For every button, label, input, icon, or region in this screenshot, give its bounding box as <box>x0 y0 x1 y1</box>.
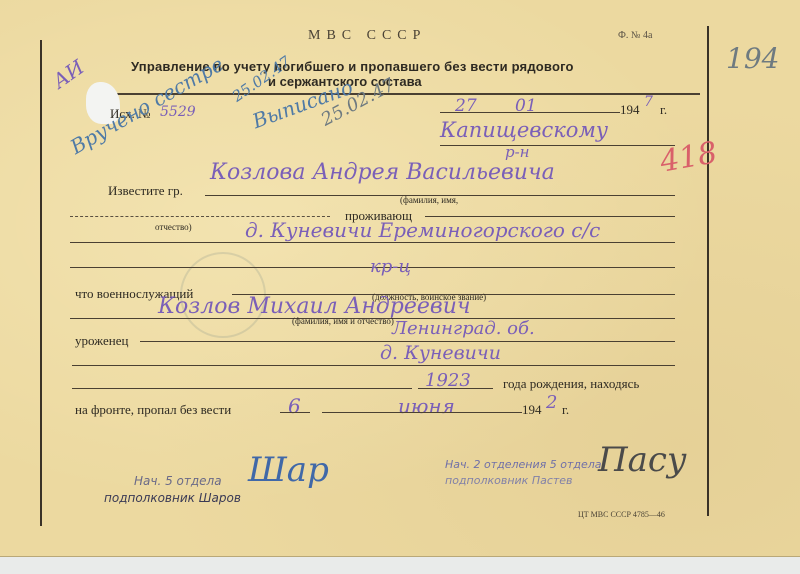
red-number: 418 <box>657 135 719 179</box>
missing-day: 6 <box>288 394 301 418</box>
ministry-title: МВС СССР <box>308 28 426 44</box>
right-margin-line <box>707 26 709 516</box>
recipient-name: Козлова Андрея Васильевича <box>210 160 555 185</box>
missing-year-suffix: 2 <box>546 392 557 413</box>
birth-year-text: года рождения, находясь <box>503 376 639 392</box>
rank: кр-ц <box>370 256 411 277</box>
date-day: 27 <box>455 96 477 116</box>
missing-label: на фронте, пропал без вести <box>75 402 231 418</box>
left-signature: Шар <box>248 450 329 490</box>
recipient-name-hint: (фамилия, имя, <box>400 195 458 205</box>
print-code: ЦТ МВС СССР 4785—46 <box>578 510 665 519</box>
date-year-unit: г. <box>660 102 667 118</box>
line-village <box>72 365 675 366</box>
top-right-number: 194 <box>726 42 779 75</box>
left-signer-title: Нач. 5 отдела <box>134 474 222 488</box>
line-birth <box>72 388 412 389</box>
header-rule <box>115 93 700 95</box>
date-year-suffix: 7 <box>644 94 653 110</box>
line-patronymic <box>70 216 330 217</box>
document-paper: МВС СССР Ф. № 4а Управление по учету пог… <box>0 0 800 556</box>
patronymic-hint: отчество) <box>155 222 192 232</box>
native-village: д. Куневичи <box>380 342 501 364</box>
line-residing <box>425 216 675 217</box>
right-signature: Пасу <box>598 440 687 480</box>
right-signer-name: подполковник Пастев <box>445 474 573 487</box>
recipient-district: Капищевскому <box>440 118 608 142</box>
right-signer-title: Нач. 2 отделения 5 отдела <box>445 458 602 471</box>
line-residence <box>70 242 675 243</box>
missing-year-prefix: 194 <box>522 402 542 418</box>
native-region: Ленинград. об. <box>392 318 535 339</box>
line-missing-month <box>322 412 522 413</box>
left-signer-name: подполковник Шаров <box>104 491 241 505</box>
recipient-label: Известите гр. <box>108 183 183 199</box>
residence: д. Куневичи Ереминогорского с/с <box>245 218 600 242</box>
top-left-scribble: АИ <box>48 55 88 93</box>
date-month: 01 <box>515 96 537 116</box>
date-underline <box>440 112 620 113</box>
form-number: Ф. № 4а <box>618 30 652 41</box>
missing-month: июня <box>398 394 455 418</box>
date-year-prefix: 194 <box>620 102 640 118</box>
left-margin-line <box>40 40 42 526</box>
line-birth-year <box>418 388 493 389</box>
serviceman-name-hint: (фамилия, имя и отчество) <box>292 316 394 326</box>
line-district <box>440 145 675 146</box>
missing-year-unit: г. <box>562 402 569 418</box>
recipient-district-suffix: р-н <box>505 143 530 161</box>
line-missing-day <box>280 412 310 413</box>
native-label: уроженец <box>75 333 128 349</box>
